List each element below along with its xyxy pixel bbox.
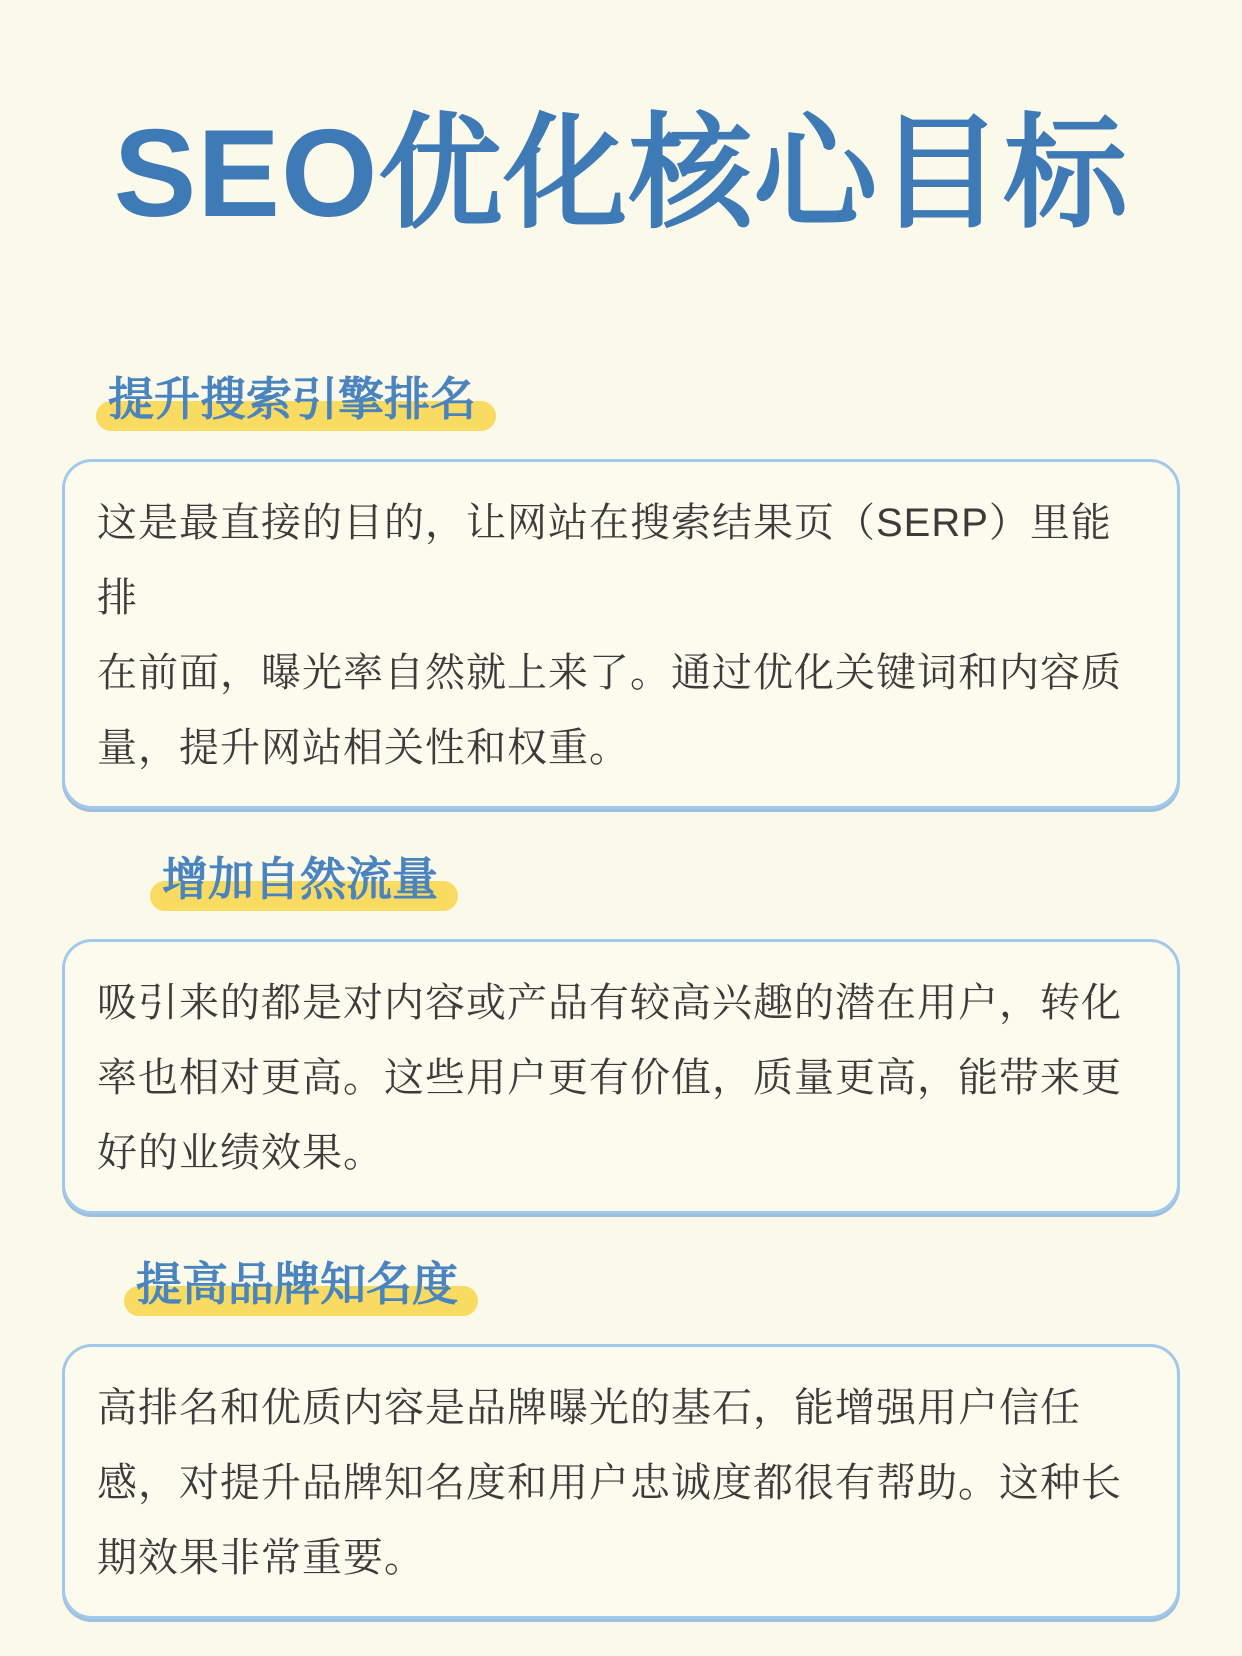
card-text-line: 量，提升网站相关性和权重。 [97, 711, 1145, 786]
page-title: SEO优化核心目标 [62, 0, 1180, 249]
section-organic-traffic: 增加自然流量 吸引来的都是对内容或产品有较高兴趣的潜在用户，转化 率也相对更高。… [62, 851, 1180, 1214]
card-text-line: 期效果非常重要。 [97, 1521, 1145, 1596]
card-text-line: 好的业绩效果。 [97, 1116, 1145, 1191]
section-heading-row: 提升搜索引擎排名 [108, 371, 1180, 427]
card-text-line: 感，对提升品牌知名度和用户忠诚度都很有帮助。这种长 [97, 1446, 1145, 1521]
section-heading-row: 增加自然流量 [162, 851, 1180, 907]
section-search-ranking: 提升搜索引擎排名 这是最直接的目的，让网站在搜索结果页（SERP）里能排 在前面… [62, 371, 1180, 809]
card-text-line: 高排名和优质内容是品牌曝光的基石，能增强用户信任 [97, 1371, 1145, 1446]
section-card: 这是最直接的目的，让网站在搜索结果页（SERP）里能排 在前面，曝光率自然就上来… [62, 459, 1180, 809]
section-heading-row: 提高品牌知名度 [136, 1256, 1180, 1312]
section-heading-highlighted: 提高品牌知名度 [136, 1256, 458, 1312]
card-text-line: 在前面，曝光率自然就上来了。通过优化关键词和内容质 [97, 636, 1145, 711]
card-text-line: 这是最直接的目的，让网站在搜索结果页（SERP）里能排 [97, 486, 1145, 636]
section-brand-awareness: 提高品牌知名度 高排名和优质内容是品牌曝光的基石，能增强用户信任 感，对提升品牌… [62, 1256, 1180, 1619]
card-text-line: 吸引来的都是对内容或产品有较高兴趣的潜在用户，转化 [97, 966, 1145, 1041]
section-heading-highlighted: 增加自然流量 [162, 851, 438, 907]
section-card: 高排名和优质内容是品牌曝光的基石，能增强用户信任 感，对提升品牌知名度和用户忠诚… [62, 1344, 1180, 1619]
card-text-line: 率也相对更高。这些用户更有价值，质量更高，能带来更 [97, 1041, 1145, 1116]
section-heading-highlighted: 提升搜索引擎排名 [108, 371, 476, 427]
section-card: 吸引来的都是对内容或产品有较高兴趣的潜在用户，转化 率也相对更高。这些用户更有价… [62, 939, 1180, 1214]
seo-poster: SEO优化核心目标 提升搜索引擎排名 这是最直接的目的，让网站在搜索结果页（SE… [0, 0, 1242, 1656]
